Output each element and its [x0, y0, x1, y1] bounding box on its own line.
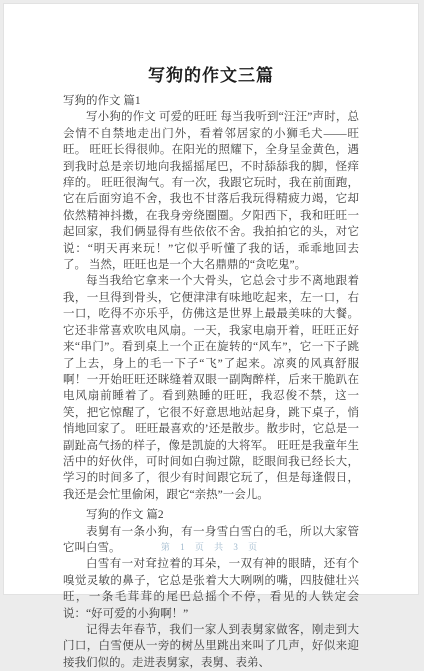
- essay-paragraph: 白雪有一对耷拉着的耳朵，一双有神的眼睛，还有个嗅觉灵敏的鼻子，它总是张着大大咧咧…: [63, 556, 359, 600]
- essay-paragraph: 每当我给它拿来一个大骨头，它总会寸步不离地跟着我，一旦得到骨头，它便津津有味地吃…: [63, 273, 359, 503]
- document-page: 写狗的作文三篇 写狗的作文 篇1写小狗的作文 可爱的旺旺 每当我听到“汪汪”声时…: [3, 3, 419, 595]
- page-number-footer: 第 1 页 共 3 页: [4, 540, 418, 553]
- document-body: 写狗的作文 篇1写小狗的作文 可爱的旺旺 每当我听到“汪汪”声时，总会情不自禁地…: [63, 93, 359, 600]
- essay-paragraph: 写小狗的作文 可爱的旺旺 每当我听到“汪汪”声时，总会情不自禁地走出门外，看着邻…: [63, 109, 359, 273]
- document-title: 写狗的作文三篇: [4, 4, 418, 86]
- section-heading: 写狗的作文 篇2: [63, 507, 359, 523]
- section-heading: 写狗的作文 篇1: [63, 93, 359, 109]
